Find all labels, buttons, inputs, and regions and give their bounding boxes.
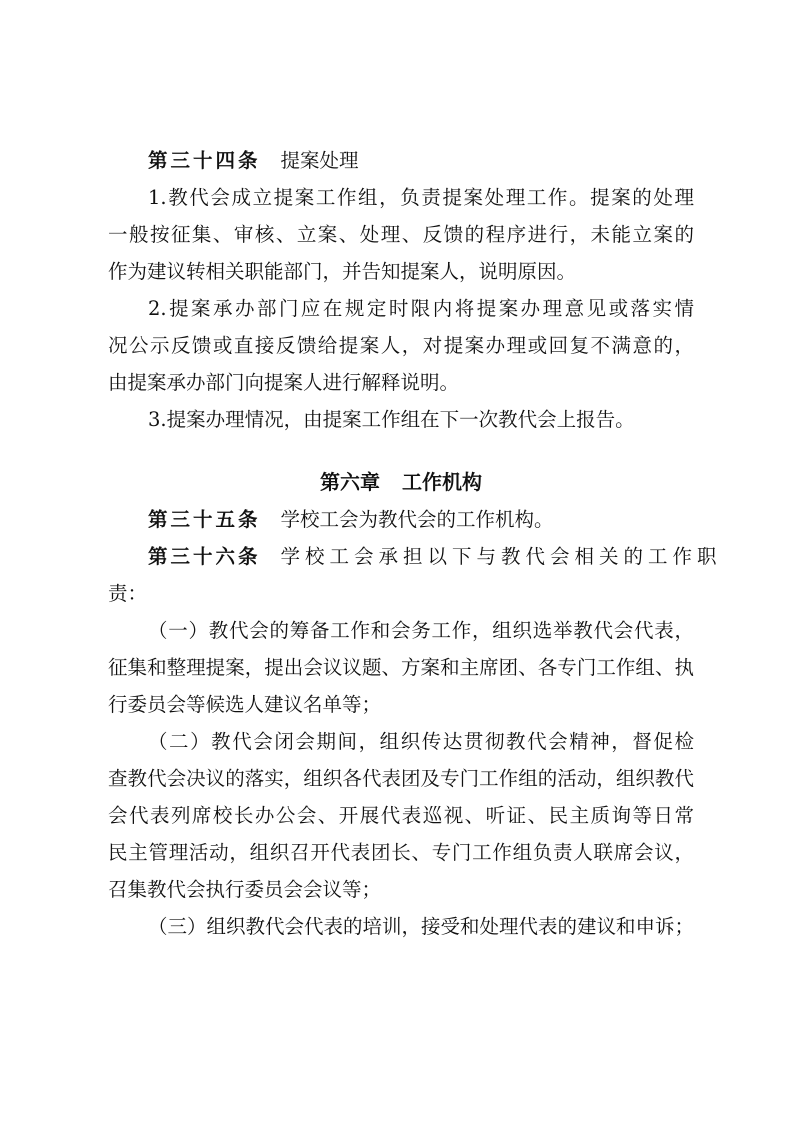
article-36-item-1-line-3: 行委员会等候选人建议名单等； bbox=[108, 686, 694, 723]
chapter-6-heading: 第六章工作机构 bbox=[108, 464, 694, 501]
article-36-item-2-line-2: 查教代会决议的落实，组织各代表团及专门工作组的活动，组织教代 bbox=[108, 760, 694, 797]
article-34-label: 第三十四条 bbox=[148, 149, 261, 172]
article-34-item-2-line-2: 况公示反馈或直接反馈给提案人，对提案办理或回复不满意的， bbox=[108, 327, 694, 364]
chapter-6-title: 工作机构 bbox=[402, 470, 482, 494]
article-36-item-2-line-4: 民主管理活动，组织召开代表团长、专门工作组负责人联席会议， bbox=[108, 834, 694, 871]
article-34-item-1-line-2: 一般按征集、审核、立案、处理、反馈的程序进行，未能立案的 bbox=[108, 216, 694, 253]
article-34-item-2-line-3: 由提案承办部门向提案人进行解释说明。 bbox=[108, 364, 694, 401]
article-34-item-1-line-1: 1.教代会成立提案工作组，负责提案处理工作。提案的处理 bbox=[108, 179, 694, 216]
article-36-item-2-line-1: （二）教代会闭会期间，组织传达贯彻教代会精神，督促检 bbox=[108, 723, 694, 760]
article-34-item-2-line-1: 2.提案承办部门应在规定时限内将提案办理意见或落实情 bbox=[108, 290, 694, 327]
article-36-item-3-line-1: （三）组织教代会代表的培训，接受和处理代表的建议和申诉； bbox=[108, 908, 694, 945]
article-36-intro-line-2: 责： bbox=[108, 575, 694, 612]
article-36-item-2-line-3: 会代表列席校长办公会、开展代表巡视、听证、民主质询等日常 bbox=[108, 797, 694, 834]
article-36-label: 第三十六条 bbox=[148, 545, 261, 568]
article-35: 第三十五条学校工会为教代会的工作机构。 bbox=[108, 501, 694, 538]
document-page: 第三十四条提案处理 1.教代会成立提案工作组，负责提案处理工作。提案的处理 一般… bbox=[108, 142, 694, 945]
article-36-item-1-line-1: （一）教代会的筹备工作和会务工作，组织选举教代会代表， bbox=[108, 612, 694, 649]
article-36-intro-line-1: 第三十六条学校工会承担以下与教代会相关的工作职 bbox=[108, 538, 694, 575]
article-34-item-1-line-3: 作为建议转相关职能部门，并告知提案人，说明原因。 bbox=[108, 253, 694, 290]
article-35-label: 第三十五条 bbox=[148, 508, 261, 531]
article-34-item-3-line-1: 3.提案办理情况，由提案工作组在下一次教代会上报告。 bbox=[108, 401, 694, 438]
chapter-6-label: 第六章 bbox=[320, 470, 380, 494]
article-36-item-2-line-5: 召集教代会执行委员会会议等； bbox=[108, 871, 694, 908]
article-36-intro-text: 学校工会承担以下与教代会相关的工作职 bbox=[281, 545, 722, 568]
article-35-text: 学校工会为教代会的工作机构。 bbox=[281, 508, 554, 531]
article-34-heading: 第三十四条提案处理 bbox=[108, 142, 694, 179]
article-34-title: 提案处理 bbox=[281, 149, 359, 172]
article-36-item-1-line-2: 征集和整理提案，提出会议议题、方案和主席团、各专门工作组、执 bbox=[108, 649, 694, 686]
